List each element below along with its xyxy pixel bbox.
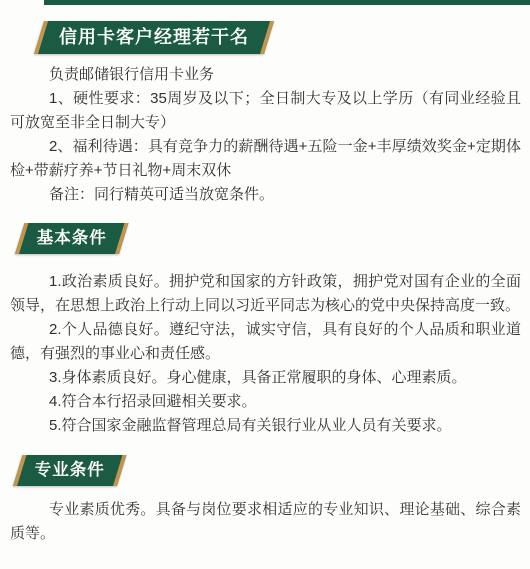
position-duty-paragraph: 负责邮储银行信用卡业务 (10, 63, 521, 87)
basic-condition-item-4: 4.符合本行招录回避相关要求。 (10, 390, 521, 414)
basic-conditions-ribbon: 基本条件 (15, 223, 128, 254)
basic-condition-item-5: 5.符合国家金融监督管理总局有关银行业从业人员有关要求。 (10, 414, 521, 438)
position-title-text: 信用卡客户经理若干名 (59, 27, 249, 48)
basic-conditions-text: 基本条件 (37, 228, 107, 249)
position-title-ribbon: 信用卡客户经理若干名 (34, 21, 274, 54)
position-text-block: 负责邮储银行信用卡业务 1、硬性要求：35周岁及以下；全日制大专及以上学历（有同… (0, 63, 530, 207)
banner-row-position: 信用卡客户经理若干名 (0, 21, 530, 54)
section-position: 信用卡客户经理若干名 负责邮储银行信用卡业务 1、硬性要求：35周岁及以下；全日… (0, 21, 530, 207)
section-basic-conditions: 基本条件 1.政治素质良好。拥护党和国家的方针政策，拥护党对国有企业的全面领导，… (0, 223, 530, 438)
professional-conditions-text: 专业条件 (35, 460, 105, 481)
basic-conditions-text-block: 1.政治素质良好。拥护党和国家的方针政策，拥护党对国有企业的全面领导，在思想上政… (0, 270, 530, 438)
top-green-strip (44, 0, 530, 5)
professional-conditions-text-block: 专业素质优秀。具备与岗位要求相适应的专业知识、理论基础、综合素质等。 (0, 498, 530, 546)
basic-condition-item-1: 1.政治素质良好。拥护党和国家的方针政策，拥护党对国有企业的全面领导，在思想上政… (10, 270, 521, 318)
basic-condition-item-2: 2.个人品德良好。遵纪守法，诚实守信，具有良好的个人品质和职业道德，有强烈的事业… (10, 318, 521, 366)
professional-condition-paragraph: 专业素质优秀。具备与岗位要求相适应的专业知识、理论基础、综合素质等。 (10, 498, 521, 546)
professional-conditions-ribbon: 专业条件 (13, 455, 126, 486)
position-requirement-paragraph: 1、硬性要求：35周岁及以下；全日制大专及以上学历（有同业经验且可放宽至非全日制… (10, 87, 521, 135)
banner-row-basic-conditions: 基本条件 (0, 223, 530, 254)
banner-row-professional-conditions: 专业条件 (0, 455, 530, 486)
position-benefits-paragraph: 2、福利待遇：具有竞争力的薪酬待遇+五险一金+丰厚绩效奖金+定期体检+带薪疗养+… (10, 135, 521, 183)
basic-condition-item-3: 3.身体素质良好。身心健康，具备正常履职的身体、心理素质。 (10, 366, 521, 390)
position-note-paragraph: 备注：同行精英可适当放宽条件。 (10, 183, 521, 207)
section-professional-conditions: 专业条件 专业素质优秀。具备与岗位要求相适应的专业知识、理论基础、综合素质等。 (0, 455, 530, 546)
recruitment-notice-page: 信用卡客户经理若干名 负责邮储银行信用卡业务 1、硬性要求：35周岁及以下；全日… (0, 0, 530, 569)
